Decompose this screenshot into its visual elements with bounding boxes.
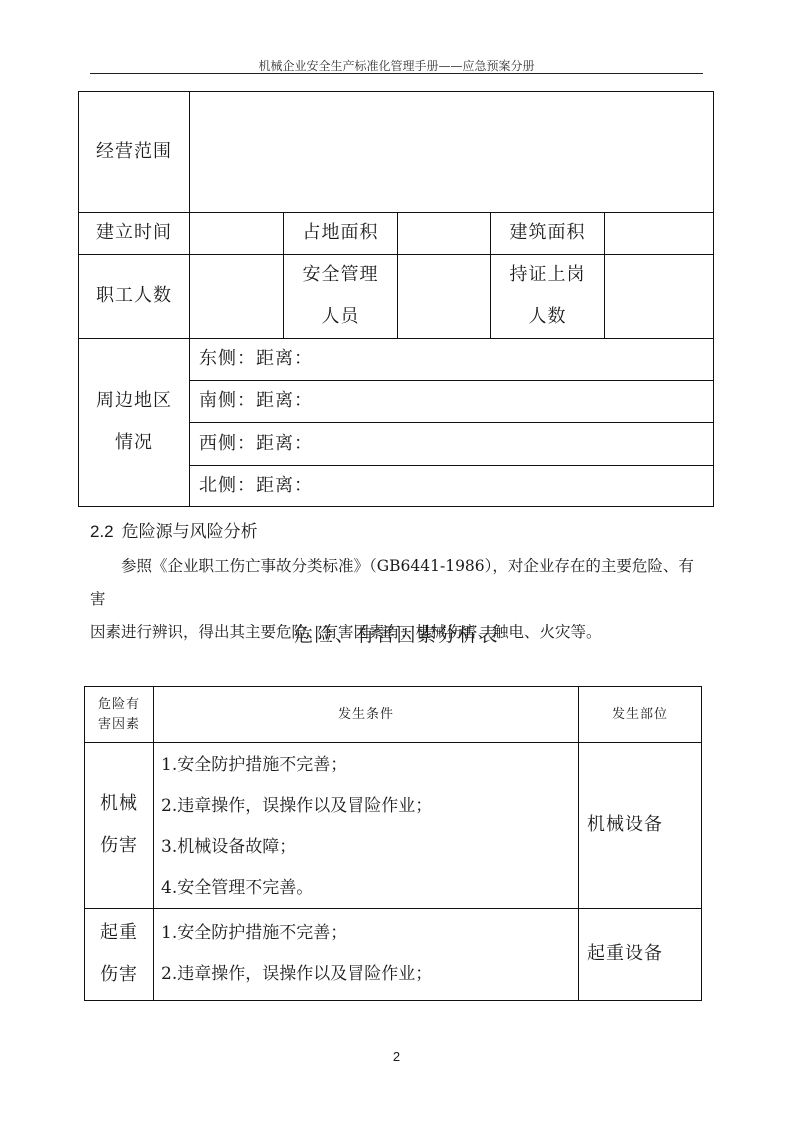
- established-date-value[interactable]: [190, 212, 283, 254]
- hazard-factor-mechanical: 机械 伤害: [85, 742, 153, 908]
- certified-staff-label-line2: 人数: [529, 296, 567, 338]
- company-info-table: 经营范围 建立时间 占地面积 建筑面积 职工人数 安全管理 人员 持证上岗 人数…: [78, 91, 714, 507]
- header-divider: [90, 73, 703, 74]
- header-condition: 发生条件: [154, 687, 578, 742]
- surroundings-label-line1: 周边地区: [96, 380, 172, 422]
- location-lifting: 起重设备: [579, 908, 701, 1000]
- section-title: 危险源与风险分析: [122, 522, 258, 542]
- certified-staff-label-line1: 持证上岗: [510, 254, 586, 296]
- header-location: 发生部位: [579, 687, 701, 742]
- conditions-mechanical: 1.安全防护措施不完善； 2.违章操作，误操作以及冒险作业； 3.机械设备故障；…: [161, 745, 432, 909]
- page-number: 2: [0, 1049, 793, 1064]
- condition-item: 1.安全防护措施不完善；: [161, 745, 432, 786]
- header-hazard-factor: 危险有 害因素: [85, 687, 153, 742]
- employee-count-value[interactable]: [190, 254, 283, 338]
- business-scope-value[interactable]: [190, 92, 713, 212]
- header-hazard-factor-line1: 危险有: [98, 695, 140, 715]
- hazard-factor-line2: 伤害: [100, 825, 138, 867]
- condition-item: 4.安全管理不完善。: [161, 868, 432, 909]
- hazard-analysis-table: 危险有 害因素 发生条件 发生部位 机械 伤害 1.安全防护措施不完善； 2.违…: [84, 686, 702, 1001]
- condition-item: 1.安全防护措施不完善；: [161, 913, 432, 954]
- surroundings-label-line2: 情况: [115, 422, 153, 464]
- hazard-table-title: 危险、有害因素分析表: [0, 620, 793, 647]
- north-side-distance[interactable]: 北侧：距离：: [190, 465, 713, 506]
- south-side-distance[interactable]: 南侧：距离：: [190, 380, 713, 422]
- condition-item: 3.机械设备故障；: [161, 827, 432, 868]
- safety-manager-label-line2: 人员: [322, 296, 360, 338]
- paragraph-line-1: 参照《企业职工伤亡事故分类标准》（GB6441-1986），对企业存在的主要危险…: [90, 557, 694, 608]
- established-date-label: 建立时间: [79, 212, 189, 254]
- building-area-label: 建筑面积: [491, 212, 604, 254]
- hazard-factor-lifting: 起重 伤害: [85, 908, 153, 1000]
- location-mechanical: 机械设备: [579, 742, 701, 908]
- certified-staff-label: 持证上岗 人数: [491, 254, 604, 338]
- building-area-value[interactable]: [605, 212, 713, 254]
- hazard-factor-line1: 起重: [100, 912, 138, 954]
- west-side-distance[interactable]: 西侧：距离：: [190, 422, 713, 465]
- hazard-factor-line1: 机械: [100, 783, 138, 825]
- conditions-lifting: 1.安全防护措施不完善； 2.违章操作，误操作以及冒险作业；: [161, 913, 432, 995]
- business-scope-label: 经营范围: [79, 92, 189, 212]
- condition-item: 2.违章操作，误操作以及冒险作业；: [161, 954, 432, 995]
- hazard-factor-line2: 伤害: [100, 954, 138, 996]
- east-side-distance[interactable]: 东侧：距离：: [190, 338, 713, 380]
- section-number: 2.2: [90, 522, 114, 541]
- header-hazard-factor-line2: 害因素: [98, 715, 140, 735]
- surroundings-label: 周边地区 情况: [79, 338, 189, 506]
- safety-manager-label-line1: 安全管理: [303, 254, 379, 296]
- section-heading: 2.2危险源与风险分析: [90, 517, 258, 542]
- safety-manager-value[interactable]: [398, 254, 490, 338]
- condition-item: 2.违章操作，误操作以及冒险作业；: [161, 786, 432, 827]
- safety-manager-label: 安全管理 人员: [284, 254, 397, 338]
- employee-count-label: 职工人数: [79, 254, 189, 338]
- land-area-label: 占地面积: [284, 212, 397, 254]
- running-header-title: 机械企业安全生产标准化管理手册——应急预案分册: [0, 57, 793, 74]
- land-area-value[interactable]: [398, 212, 490, 254]
- certified-staff-value[interactable]: [605, 254, 713, 338]
